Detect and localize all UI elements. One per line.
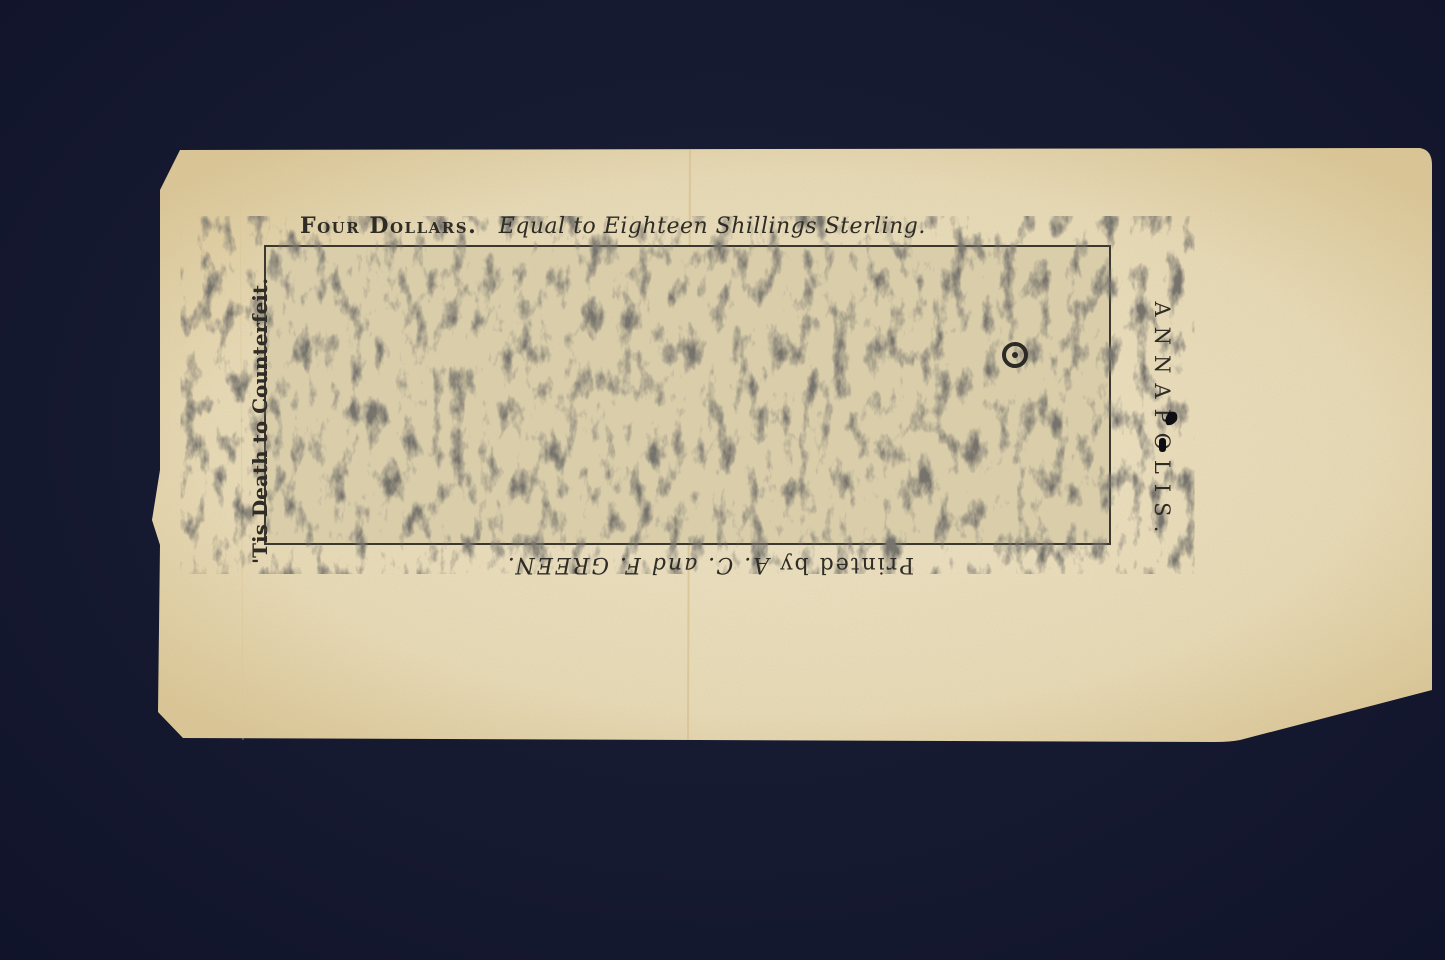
denomination-heading: Four Dollars. Equal to Eighteen Shilling… [300, 213, 926, 239]
banknote: Four Dollars. Equal to Eighteen Shilling… [0, 0, 1445, 960]
denomination-text: Four Dollars. [300, 213, 477, 239]
printer-credit: Printed by A. C. and F. GREEN. [380, 552, 1040, 577]
paper-sheet [0, 0, 1445, 960]
equivalence-text: Equal to Eighteen Shillings Sterling. [499, 214, 926, 239]
printers-text: A. C. and F. GREEN. [506, 552, 769, 577]
printed-by-text: Printed by [778, 552, 914, 577]
counterfeit-warning: 'Tis Death to Counterfeit. [248, 284, 272, 564]
ink-blot-icon [1155, 410, 1185, 460]
